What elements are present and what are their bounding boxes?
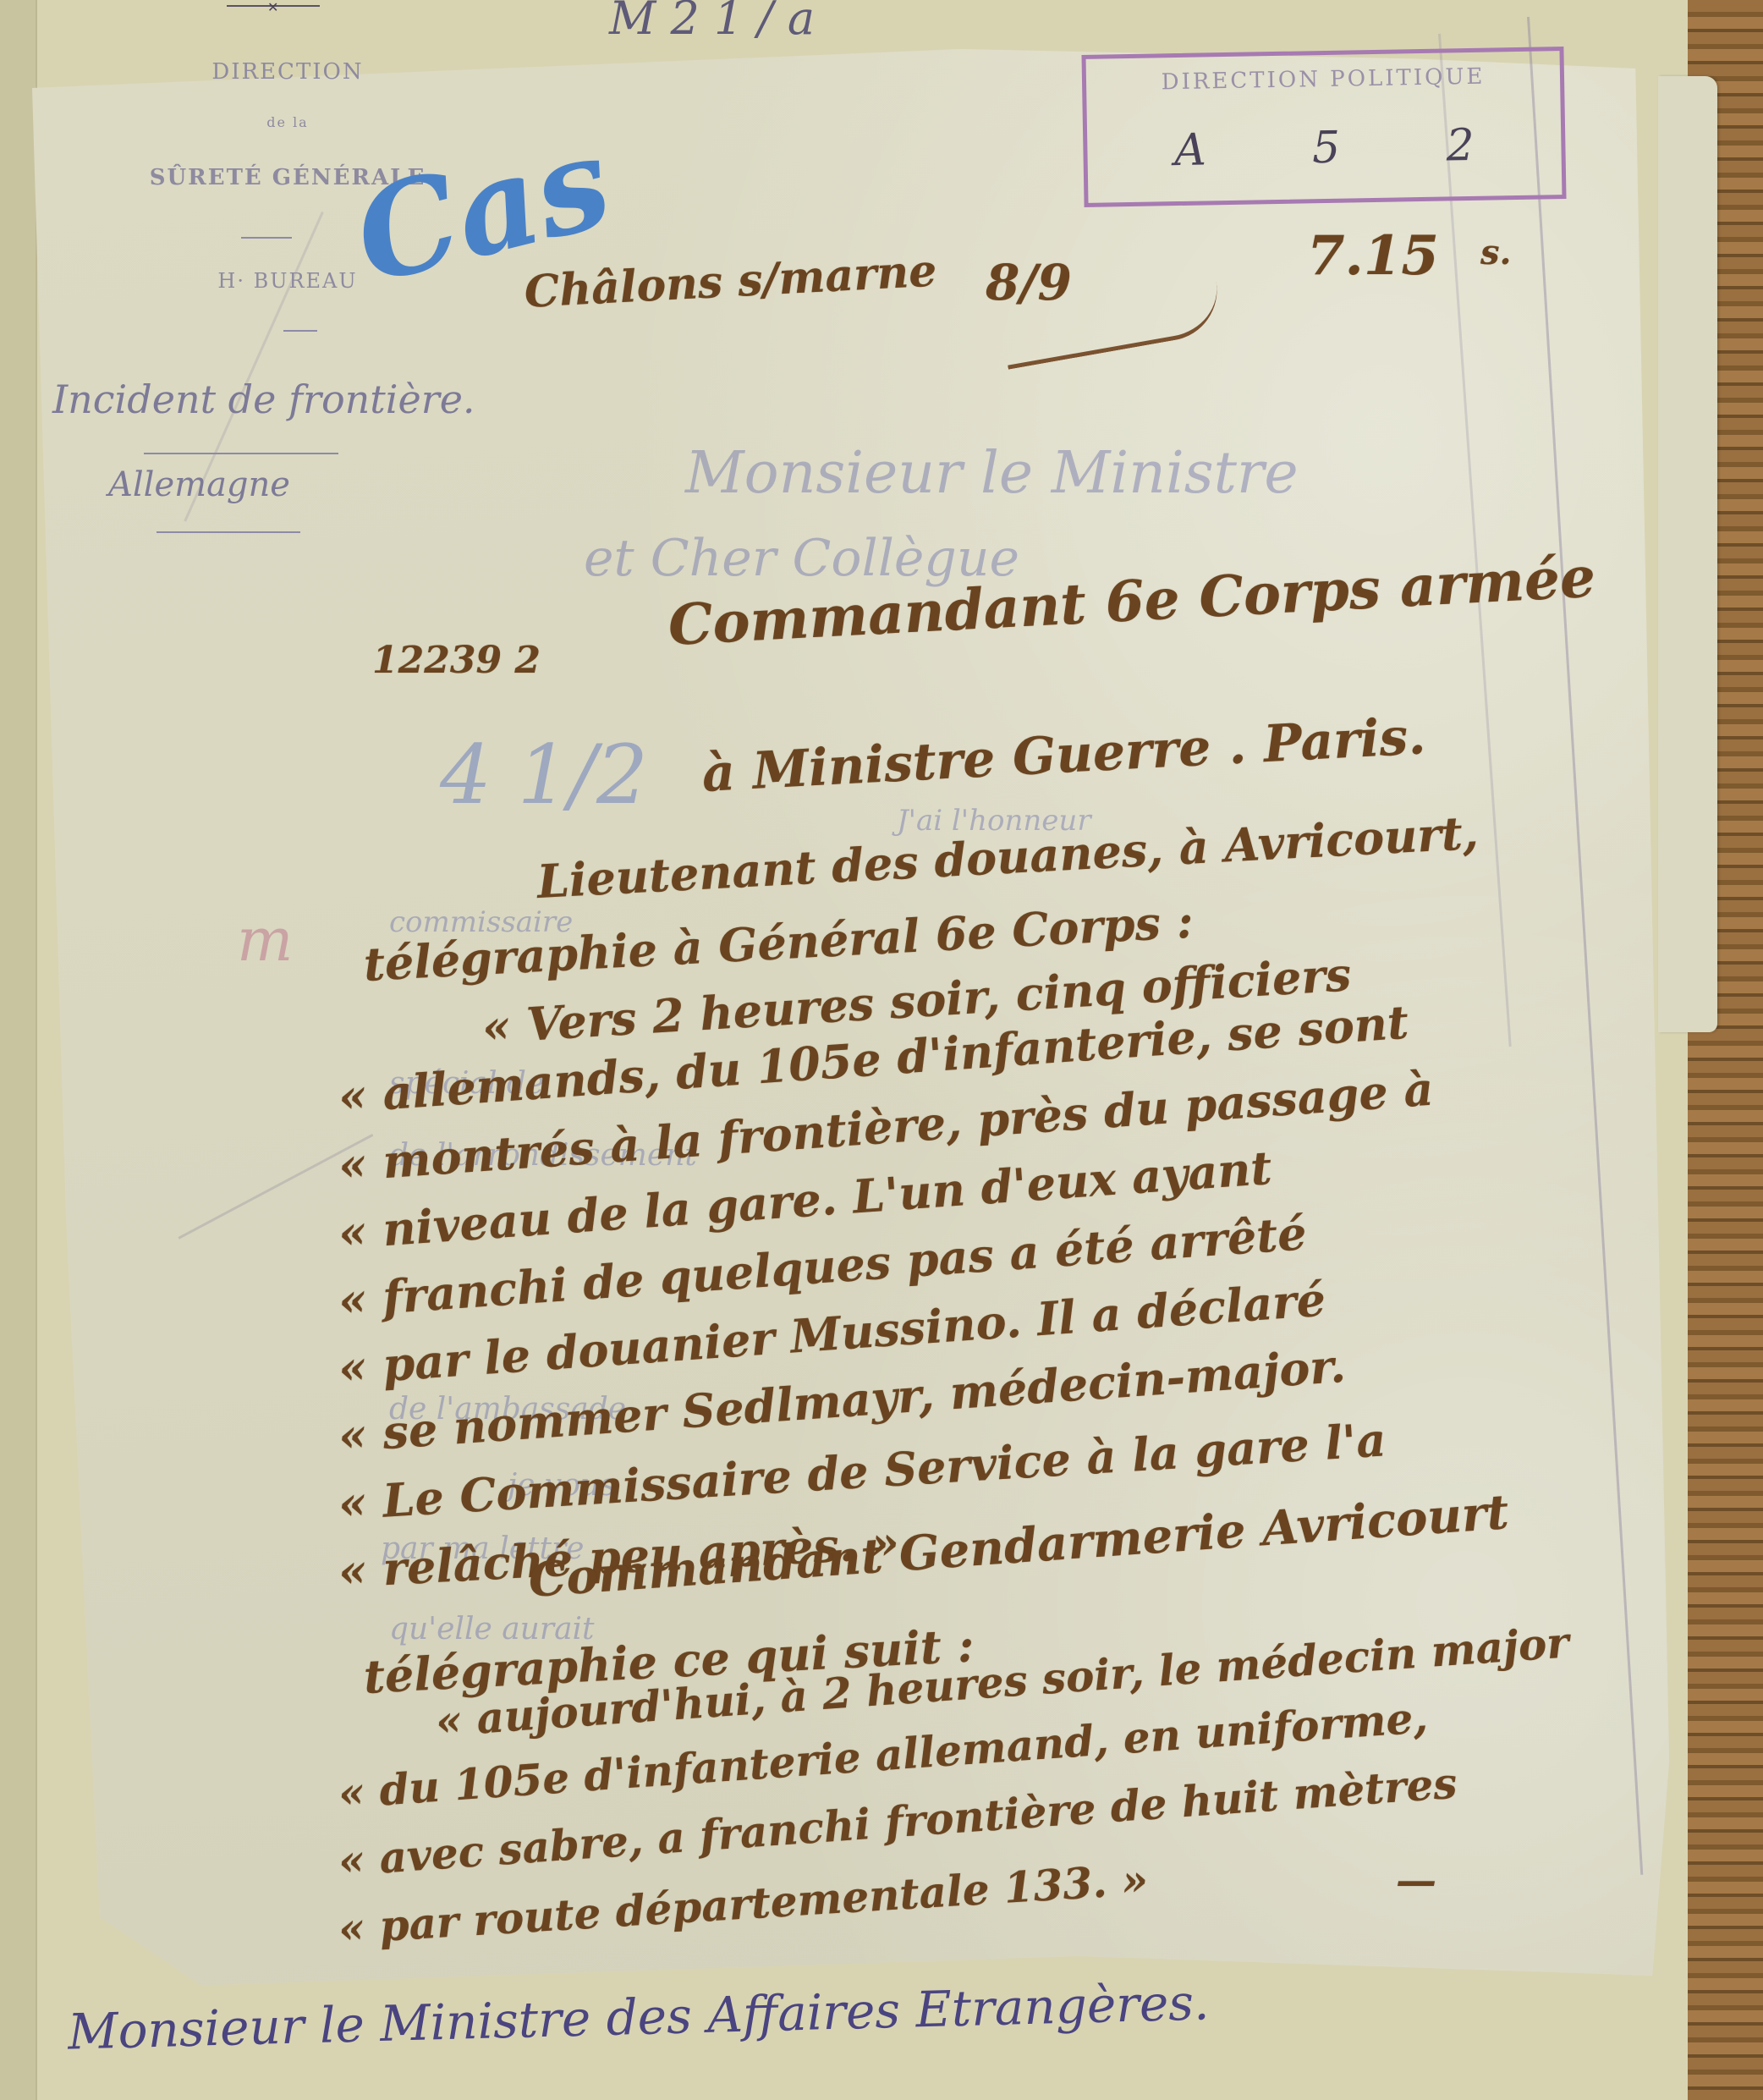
margin-note-country: Allemagne [108,465,290,504]
pencil-annotation: 4 1/2 [440,728,648,822]
stamp-title: DIRECTION POLITIQUE [1103,63,1543,96]
printed-ornament: ✕ [227,5,320,15]
reference-number: 12239 2 [372,639,541,682]
letterhead-direction: DIRECTION [161,59,415,85]
end-mark: — [1396,1857,1436,1905]
margin-note-rule [157,531,300,533]
stamp-field-sub: 2 [1446,120,1475,172]
ornament-glyph: ✕ [267,0,278,15]
letterhead-rule [241,237,292,239]
letterhead-rule [283,330,317,332]
stamp-field-number: 5 [1312,123,1341,174]
header-time: 7.15 [1307,224,1439,288]
direction-politique-stamp: DIRECTION POLITIQUE A 5 2 [1081,47,1566,207]
letterhead-de-la: de la [161,114,415,130]
backing-sheet-edge [0,0,37,2100]
margin-note-subject: Incident de frontière. [52,377,475,422]
top-pencil-scribble: M 2 1 / a [609,0,815,45]
faint-text: Monsieur le Ministre [685,440,1299,507]
stamp-field-series: A [1174,124,1207,176]
folded-tab-sheet [1658,76,1717,1032]
header-time-suffix: s. [1480,233,1511,272]
red-pencil-initials: m [237,905,293,975]
margin-note-rule [144,453,338,454]
stamp-fields: A 5 2 [1121,119,1528,177]
